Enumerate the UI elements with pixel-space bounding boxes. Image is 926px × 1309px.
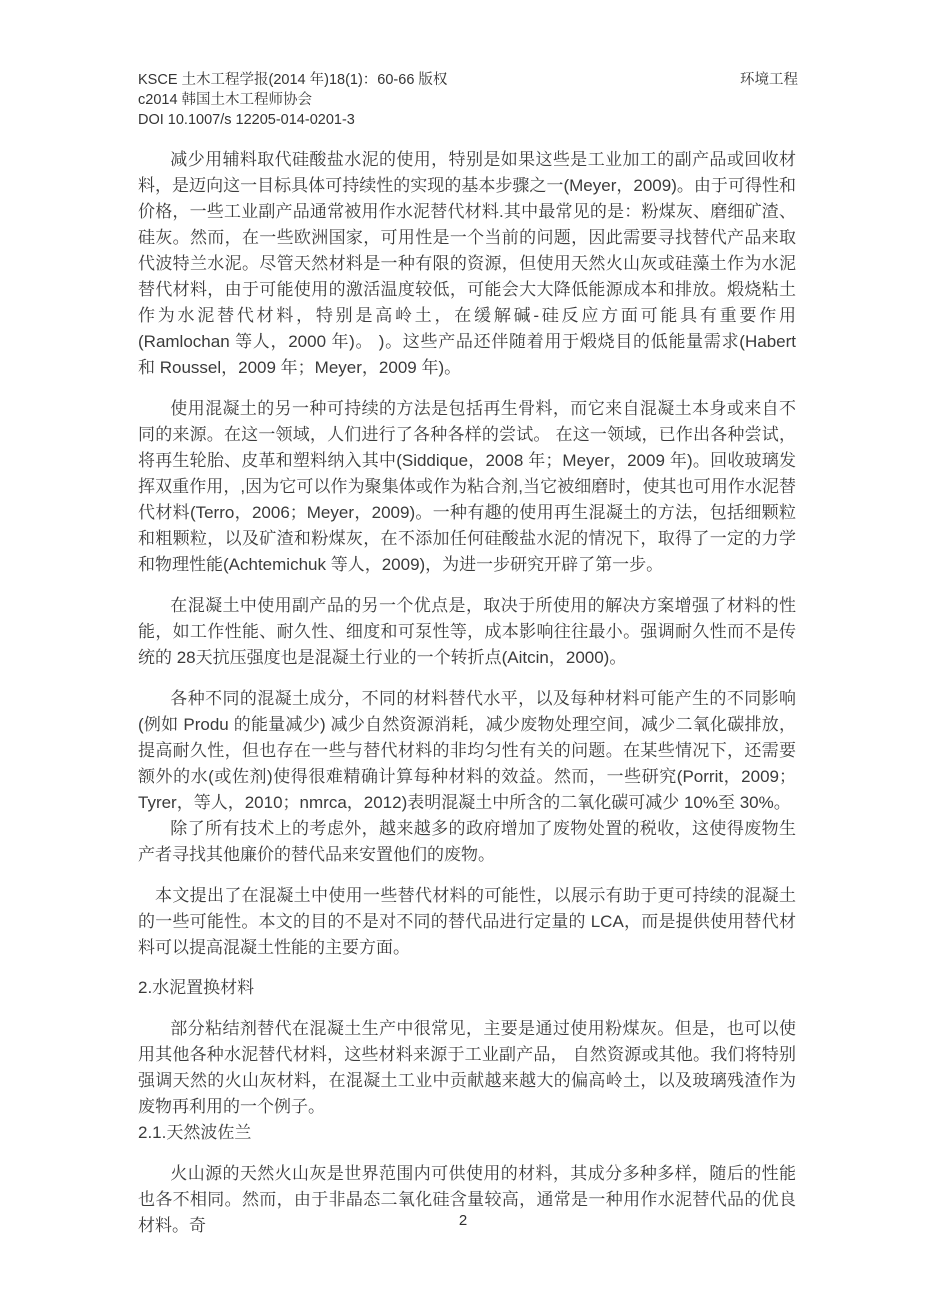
document-page: KSCE 土木工程学报(2014 年)18(1)：60-66 版权 环境工程 c… — [0, 0, 926, 1309]
section-heading-natural-pozzolan: 2.1.天然波佐兰 — [138, 1120, 796, 1146]
paragraph-intro-substitution: 减少用辅料取代硅酸盐水泥的使用，特别是如果这些是工业加工的副产品或回收材料，是迈… — [138, 147, 796, 381]
doi-line: DOI 10.1007/s 12205-014-0201-3 — [138, 110, 798, 130]
paragraph-waste-taxes: 除了所有技术上的考虑外，越来越多的政府增加了废物处置的税收，这使得废物生产者寻找… — [138, 816, 796, 868]
paragraph-material-variability: 各种不同的混凝土成分，不同的材料替代水平，以及每种材料可能产生的不同影响(例如 … — [138, 686, 796, 816]
header-row: KSCE 土木工程学报(2014 年)18(1)：60-66 版权 环境工程 — [138, 70, 798, 90]
paragraph-paper-purpose: 本文提出了在混凝土中使用一些替代材料的可能性，以展示有助于更可持续的混凝土的一些… — [138, 883, 796, 961]
journal-citation-line: KSCE 土木工程学报(2014 年)18(1)：60-66 版权 — [138, 70, 447, 90]
journal-header: KSCE 土木工程学报(2014 年)18(1)：60-66 版权 环境工程 c… — [138, 70, 798, 130]
page-footer: 2 — [0, 1212, 926, 1229]
paragraph-byproduct-advantages: 在混凝土中使用副产品的另一个优点是，取决于所使用的解决方案增强了材料的性能，如工… — [138, 593, 796, 671]
document-body: 减少用辅料取代硅酸盐水泥的使用，特别是如果这些是工业加工的副产品或回收材料，是迈… — [138, 147, 796, 1239]
copyright-line: c2014 韩国土木工程师协会 — [138, 90, 798, 110]
paragraph-recycled-aggregates: 使用混凝土的另一种可持续的方法是包括再生骨料，而它来自混凝土本身或来自不同的来源… — [138, 396, 796, 578]
page-number: 2 — [459, 1212, 467, 1229]
section-heading-cement-replacement: 2.水泥置换材料 — [138, 975, 796, 1001]
paragraph-binder-replacement: 部分粘结剂替代在混凝土生产中很常见，主要是通过使用粉煤灰。但是，也可以使用其他各… — [138, 1016, 796, 1120]
journal-field-label: 环境工程 — [740, 70, 798, 90]
